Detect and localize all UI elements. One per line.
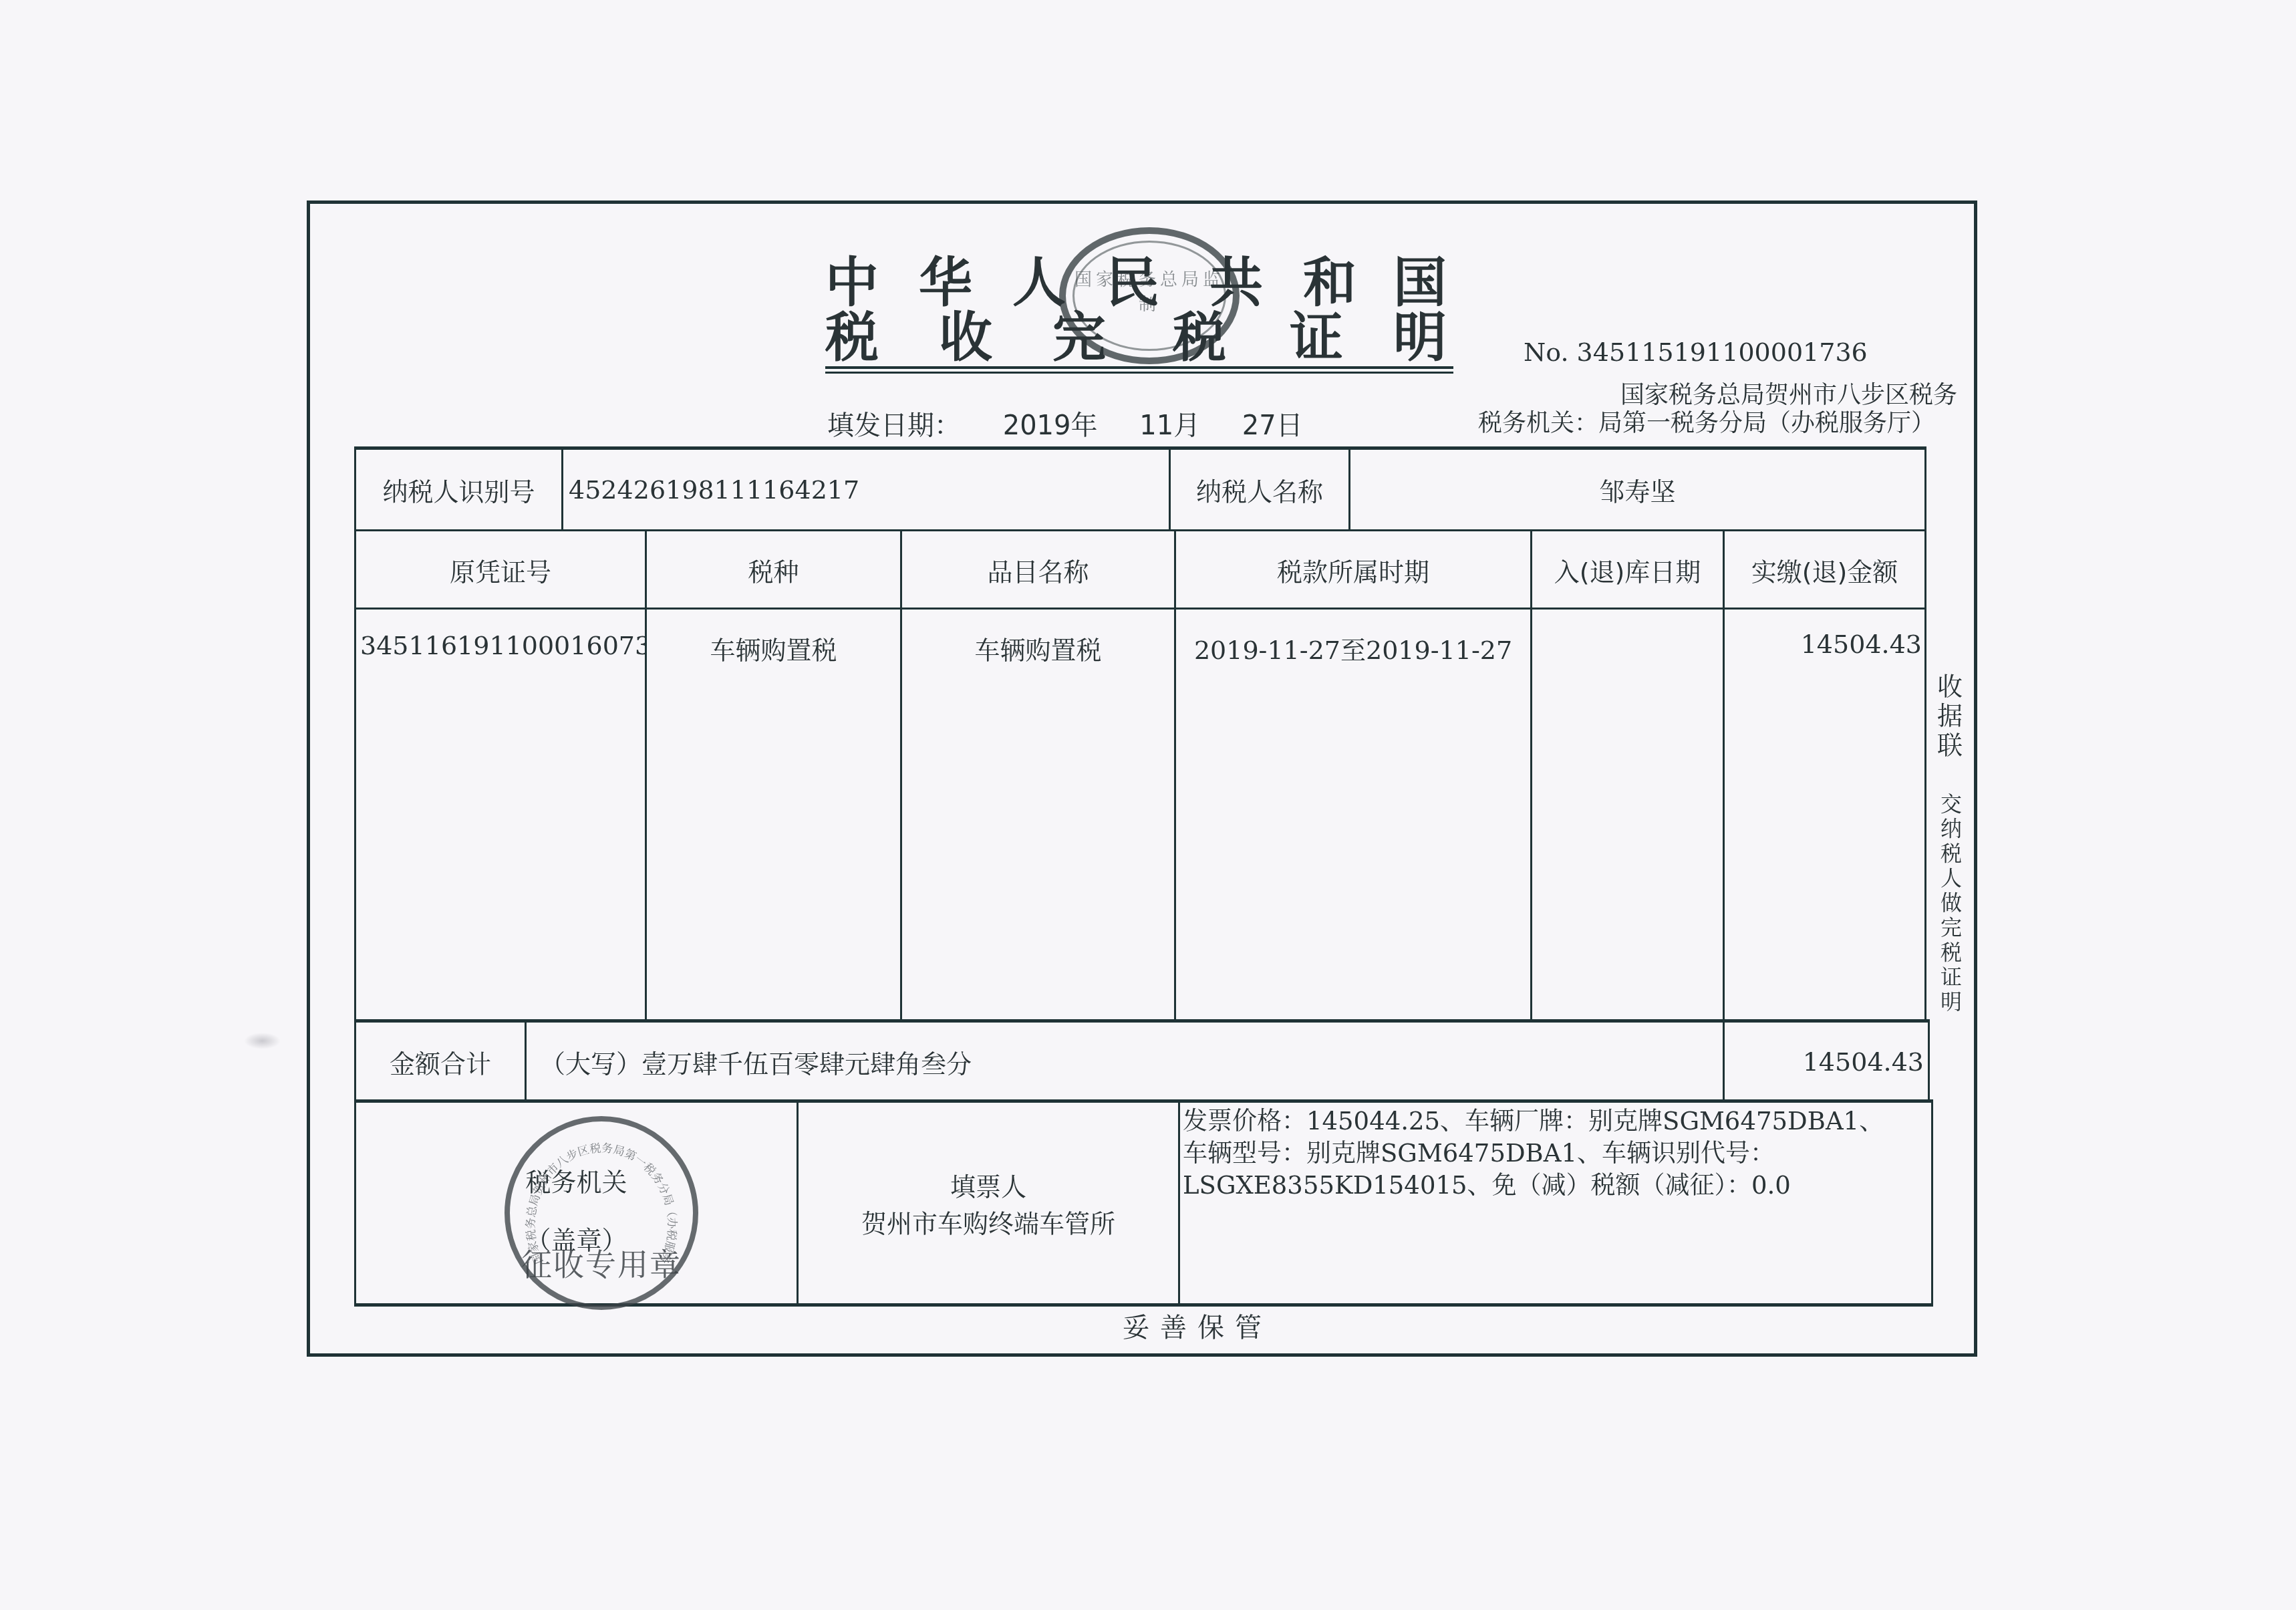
- col-header-tax-type: 税种: [645, 529, 902, 610]
- copy-name-vertical: 收据联: [1936, 672, 1963, 760]
- total-amount: 14504.43: [1723, 1019, 1930, 1103]
- vertical-char: 纳: [1939, 817, 1963, 841]
- title-char: 人: [1009, 253, 1069, 313]
- table-row-amount: 14504.43: [1723, 608, 1926, 1023]
- vertical-char: 明: [1939, 990, 1963, 1015]
- taxpayer-name-value: 邹寿坚: [1348, 446, 1926, 531]
- title-char: 国: [1390, 253, 1450, 313]
- title-line-1: 中 华 人 民 共 和 国: [822, 253, 1457, 313]
- col-header-period: 税款所属时期: [1174, 529, 1532, 610]
- col-header-amount: 实缴(退)金额: [1723, 529, 1926, 610]
- taxpayer-id-value: 452426198111164217: [561, 446, 1171, 531]
- title-char: 完: [1049, 307, 1109, 368]
- vertical-char: 税: [1939, 841, 1963, 866]
- title-char: 税: [1169, 307, 1230, 368]
- keep-safe-note: 妥善保管: [1123, 1307, 1272, 1345]
- title-char: 和: [1300, 253, 1360, 313]
- vertical-char: 做: [1939, 891, 1963, 916]
- fill-date-label: 填发日期：: [827, 410, 961, 441]
- title-char: 共: [1206, 253, 1266, 313]
- vertical-char: 人: [1939, 866, 1963, 891]
- filler-value: 贺州市车购终端车管所: [861, 1203, 1115, 1240]
- table-row-period: 2019-11-27至2019-11-27: [1174, 608, 1532, 1023]
- fill-date: 填发日期： 2019年 11月 27日: [827, 411, 1303, 440]
- filler-label: 填票人: [950, 1166, 1026, 1203]
- title-underline: [825, 372, 1453, 374]
- vertical-char: 据: [1936, 701, 1963, 730]
- taxpayer-name-label: 纳税人名称: [1169, 446, 1350, 531]
- table-row-voucher-no: 345116191100016073: [354, 608, 647, 1023]
- taxpayer-id-label: 纳税人识别号: [354, 446, 563, 531]
- total-uppercase: （大写）壹万肆千伍百零肆元肆角叁分: [525, 1019, 1725, 1103]
- table-row-storage-date: [1530, 608, 1725, 1023]
- title-char: 民: [1103, 253, 1163, 313]
- title-char: 华: [915, 253, 976, 313]
- table-row-tax-type: 车辆购置税: [645, 608, 902, 1023]
- title-char: 明: [1390, 307, 1450, 368]
- vertical-char: 税: [1939, 940, 1963, 965]
- total-label: 金额合计: [354, 1019, 527, 1103]
- title-char: 中: [822, 253, 882, 313]
- title-line-2: 税 收 完 税 证 明: [822, 307, 1457, 368]
- vertical-char: 完: [1939, 916, 1963, 940]
- copy-purpose-vertical: 交纳税人做完税证明: [1939, 792, 1963, 1015]
- tax-collection-seal: 国家税务总局贺州市八步区税务局第一税务分局（办税服务厅） 征收专用章: [505, 1116, 698, 1310]
- remarks-line: 车辆型号：别克牌SGM6475DBA1、车辆识别代号：: [1183, 1137, 1775, 1170]
- serial-number: No. 345115191100001736: [1524, 338, 1868, 367]
- col-header-item-name: 品目名称: [900, 529, 1176, 610]
- title-char: 收: [936, 307, 996, 368]
- tax-authority-label: 税务机关：: [1478, 410, 1598, 437]
- seal-bottom-text: 征收专用章: [510, 1240, 693, 1285]
- title-char: 税: [822, 307, 882, 368]
- title-underline: [825, 366, 1453, 369]
- fill-date-year: 2019年: [1003, 410, 1098, 441]
- col-header-voucher-no: 原凭证号: [354, 529, 647, 610]
- fill-date-month: 11月: [1139, 410, 1200, 441]
- col-header-storage-date: 入(退)库日期: [1530, 529, 1725, 610]
- title-char: 证: [1286, 307, 1346, 368]
- vertical-char: 联: [1936, 730, 1963, 760]
- table-row-item-name: 车辆购置税: [900, 608, 1176, 1023]
- ink-smudge: [244, 1033, 281, 1049]
- fill-date-day: 27日: [1242, 410, 1303, 441]
- remarks-line: 发票价格：145044.25、车辆厂牌：别克牌SGM6475DBA1、: [1183, 1105, 1884, 1137]
- tax-authority-line2: 税务机关：局第一税务分局（办税服务厅）: [1478, 409, 1935, 438]
- vertical-char: 交: [1939, 792, 1963, 817]
- remarks-cell: 发票价格：145044.25、车辆厂牌：别克牌SGM6475DBA1、 车辆型号…: [1178, 1099, 1933, 1307]
- vertical-char: 收: [1936, 672, 1963, 701]
- vertical-char: 证: [1939, 965, 1963, 990]
- filler-cell: 填票人 贺州市车购终端车管所: [797, 1099, 1180, 1307]
- tax-authority-line1: 国家税务总局贺州市八步区税务: [1620, 381, 1957, 410]
- tax-authority-value: 局第一税务分局（办税服务厅）: [1598, 410, 1935, 437]
- remarks-line: LSGXE8355KD154015、免（减）税额（减征）：0.0: [1183, 1170, 1791, 1202]
